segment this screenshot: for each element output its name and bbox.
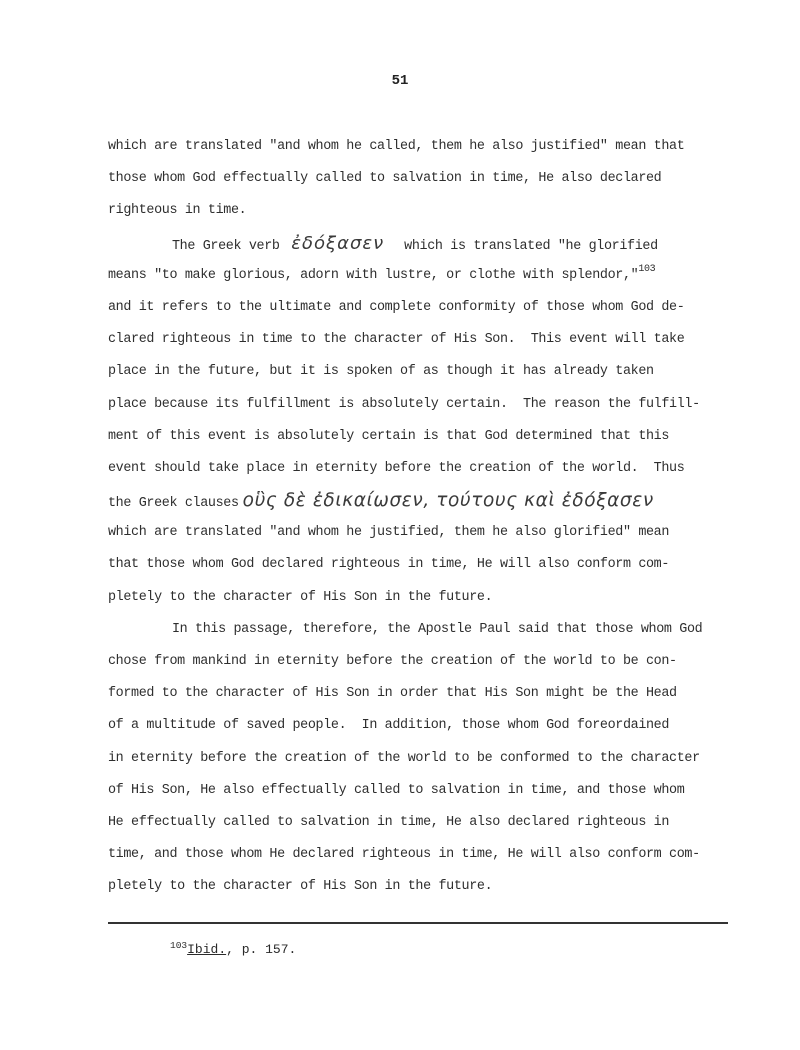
greek-clause-line: the Greek clausesοὓς δὲ ἐδικαίωσεν, τούτ… — [108, 490, 748, 522]
text-fragment: the Greek clauses — [108, 496, 239, 511]
text-line: He effectually called to salvation in ti… — [108, 812, 748, 844]
text-line: pletely to the character of His Son in t… — [108, 587, 748, 619]
text-line: ment of this event is absolutely certain… — [108, 426, 748, 458]
text-line: that those whom God declared righteous i… — [108, 554, 748, 586]
text-line: time, and those whom He declared righteo… — [108, 844, 748, 876]
text-line: those whom God effectually called to sal… — [108, 168, 748, 200]
text-fragment: which is translated "he glorified — [404, 239, 658, 254]
text-line: which are translated "and whom he justif… — [108, 522, 748, 554]
greek-clause-handwritten: οὓς δὲ ἐδικαίωσεν, τούτους καὶ ἐδόξασεν — [243, 490, 654, 511]
footnote-ibid: Ibid. — [187, 942, 226, 957]
text-fragment: The Greek verb — [172, 239, 280, 254]
text-line: clared righteous in time to the characte… — [108, 329, 748, 361]
text-line: pletely to the character of His Son in t… — [108, 876, 748, 908]
text-line: of His Son, He also effectually called t… — [108, 780, 748, 812]
text-line: means "to make glorious, adorn with lust… — [108, 265, 748, 297]
text-line: and it refers to the ultimate and comple… — [108, 297, 748, 329]
body-text: which are translated "and whom he called… — [108, 136, 748, 909]
footnote-reference: 103 — [638, 264, 655, 275]
text-line: chose from mankind in eternity before th… — [108, 651, 748, 683]
greek-verb-handwritten: ἐδόξασεν — [291, 233, 384, 254]
page-number: 51 — [0, 73, 800, 89]
footnote-citation: , p. 157. — [226, 942, 296, 957]
text-line: righteous in time. — [108, 200, 748, 232]
footnote: 103Ibid., p. 157. — [170, 940, 296, 957]
footnote-divider — [108, 922, 728, 924]
text-fragment: means "to make glorious, adorn with lust… — [108, 268, 638, 283]
text-line: formed to the character of His Son in or… — [108, 683, 748, 715]
greek-verb-line: The Greek verb ἐδόξασενwhich is translat… — [108, 233, 748, 265]
text-line: place in the future, but it is spoken of… — [108, 361, 748, 393]
text-line: place because its fulfillment is absolut… — [108, 394, 748, 426]
text-line: In this passage, therefore, the Apostle … — [108, 619, 748, 651]
text-line: in eternity before the creation of the w… — [108, 748, 748, 780]
text-line: event should take place in eternity befo… — [108, 458, 748, 490]
text-line: of a multitude of saved people. In addit… — [108, 715, 748, 747]
footnote-number: 103 — [170, 940, 187, 951]
text-line: which are translated "and whom he called… — [108, 136, 748, 168]
